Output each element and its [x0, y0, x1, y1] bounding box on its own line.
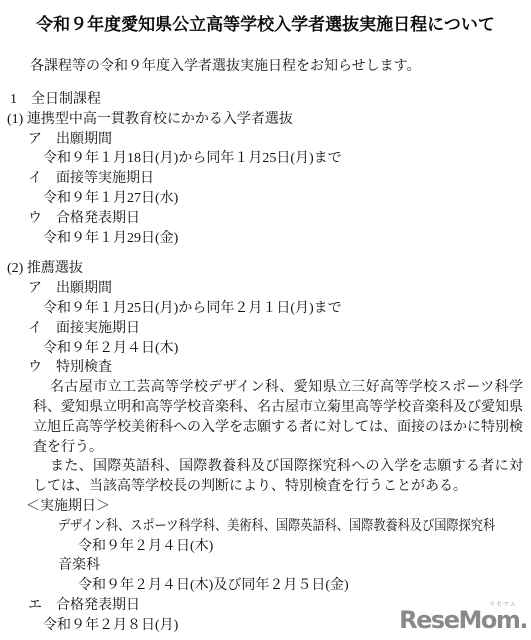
resemom-logo: リセマム ReseMom. [399, 602, 527, 632]
doc-line-3: 令和９年１月18日(月)から同年１月25日(月)まで [0, 149, 531, 169]
doc-line-7: 令和９年１月29日(金) [0, 229, 531, 249]
doc-line-19: 音楽科 [0, 556, 531, 576]
doc-line-6: ウ 合格発表期日 [0, 209, 531, 229]
doc-line-15: また、国際英語科、国際教養科及び国際探究科への入学を志願する者に対しては、当該高… [0, 457, 531, 497]
doc-line-20: 令和９年２月４日(木)及び同年２月５日(金) [0, 576, 531, 596]
doc-line-13: ウ 特別検査 [0, 358, 531, 378]
doc-line-10: 令和９年１月25日(月)から同年２月１日(月)まで [0, 299, 531, 319]
condensed-text: デザイン科、スポーツ科学科、美術科、国際英語科、国際教養科及び国際探究科 [58, 517, 495, 537]
doc-line-5: 令和９年１月27日(水) [0, 189, 531, 209]
doc-line-1: (1) 連携型中高一貫教育校にかかる入学者選抜 [0, 110, 531, 130]
doc-line-18: 令和９年２月４日(木) [0, 537, 531, 557]
page-title: 令和９年度愛知県公立高等学校入学者選抜実施日程について [6, 15, 525, 35]
doc-line-14: 名古屋市立工芸高等学校デザイン科、愛知県立三好高等学校スポーツ科学科、愛知県立明… [0, 378, 531, 457]
doc-line-17: デザイン科、スポーツ科学科、美術科、国際英語科、国際教養科及び国際探究科 [0, 517, 531, 537]
document-page: 令和９年度愛知県公立高等学校入学者選抜実施日程について 各課程等の令和９年度入学… [0, 0, 531, 640]
logo-wordmark: ReseMom. [399, 606, 527, 634]
doc-line-16: ＜実施期日＞ [0, 497, 531, 517]
doc-line-8: (2) 推薦選抜 [0, 259, 531, 279]
doc-line-0: 1 全日制課程 [0, 90, 531, 110]
doc-line-2: ア 出願期間 [0, 130, 531, 150]
document-body: 1 全日制課程(1) 連携型中高一貫教育校にかかる入学者選抜ア 出願期間令和９年… [0, 90, 531, 636]
doc-line-4: イ 面接等実施期日 [0, 169, 531, 189]
intro-paragraph: 各課程等の令和９年度入学者選抜実施日程をお知らせします。 [30, 57, 531, 77]
doc-line-12: 令和９年２月４日(木) [0, 339, 531, 359]
doc-line-9: ア 出願期間 [0, 279, 531, 299]
doc-line-11: イ 面接実施期日 [0, 319, 531, 339]
